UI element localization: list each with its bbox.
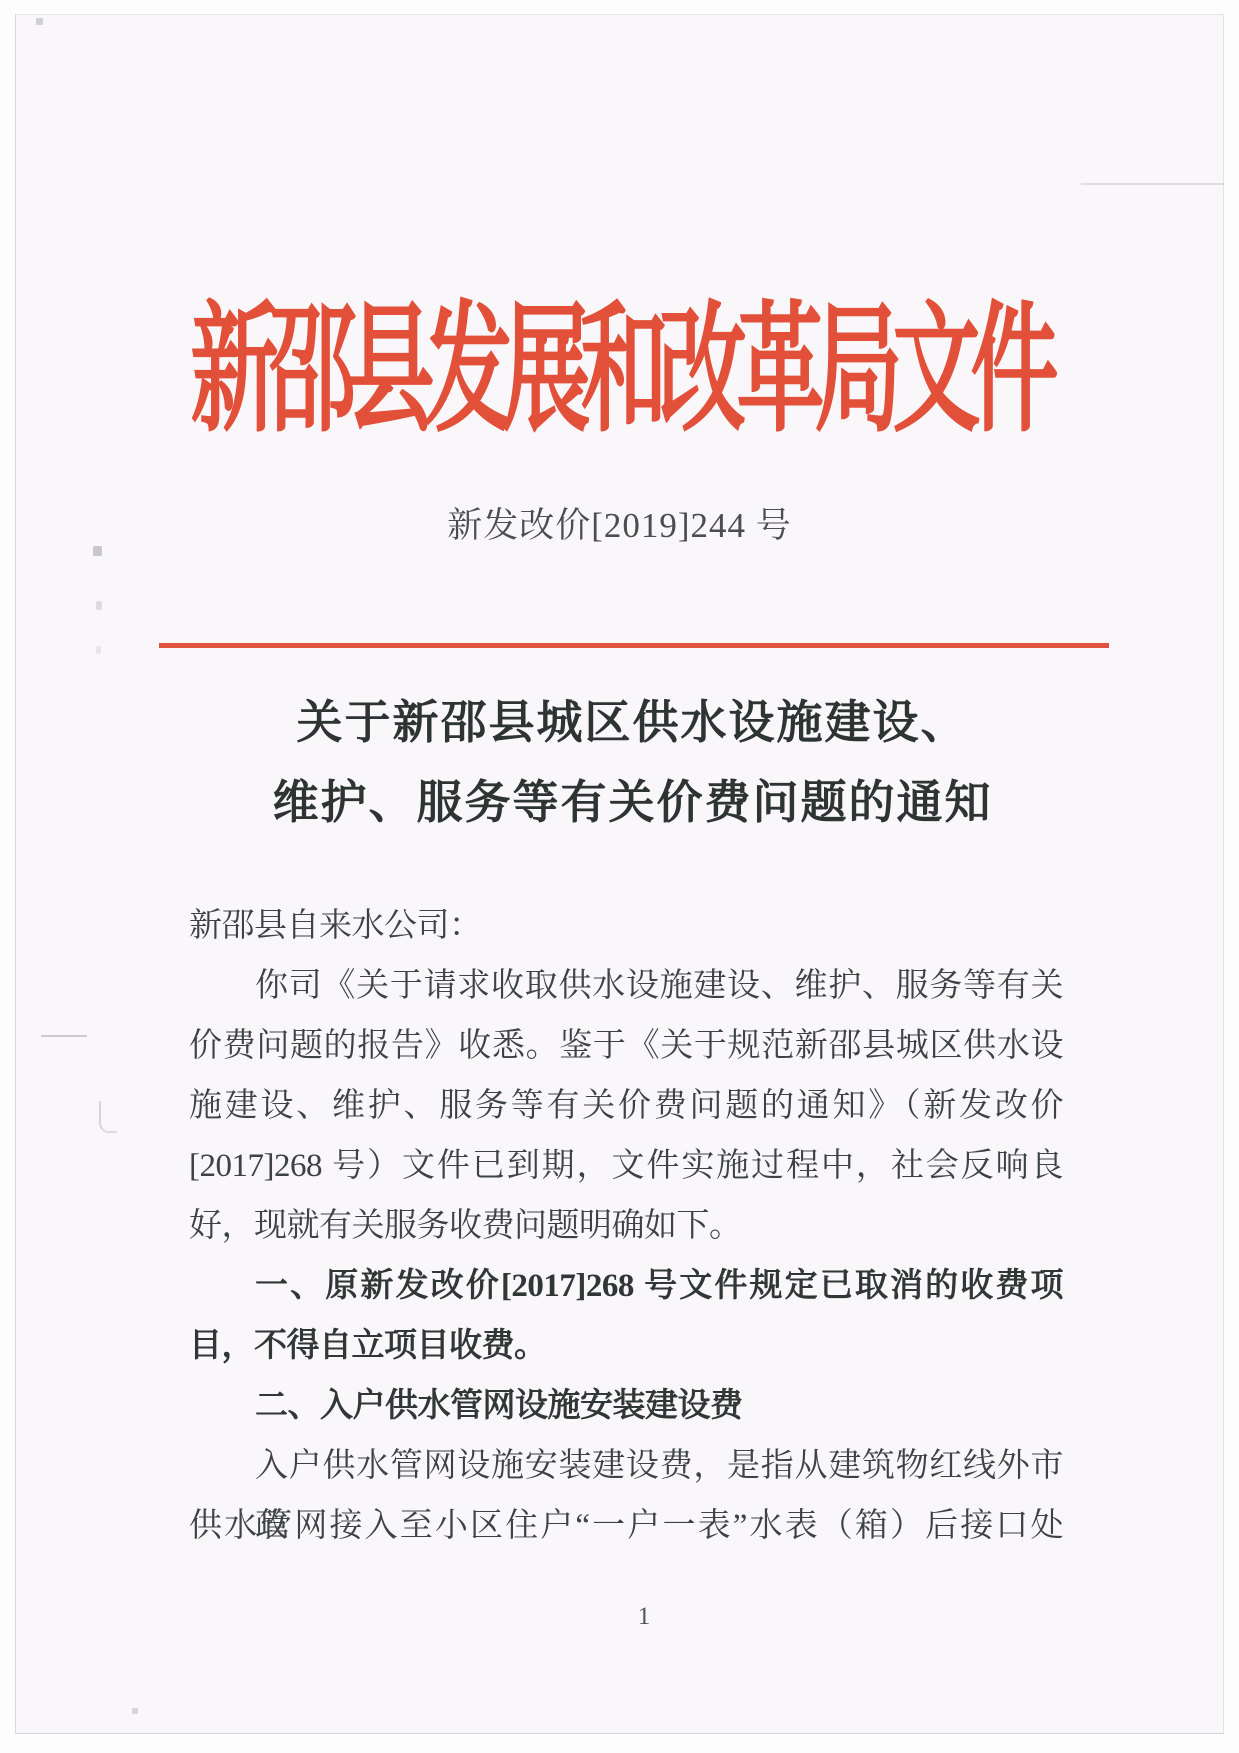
body-text-line: 价费问题的报告》收悉。鉴于《关于规范新邵县城区供水设 [189, 1016, 1063, 1076]
body-text-line: 你司《关于请求收取供水设施建设、维护、服务等有关 [189, 956, 1063, 1016]
body-text-line: 一、原新发改价[2017]268 号文件规定已取消的收费项 [189, 1256, 1063, 1316]
scan-artifact [132, 1708, 138, 1714]
body-text-line: 供水管网接入至小区住户“一户一表”水表（箱）后接口处 [189, 1496, 1063, 1556]
body-text-line: 目，不得自立项目收费。 [189, 1316, 1063, 1376]
document-body: 新邵县自来水公司： 你司《关于请求收取供水设施建设、维护、服务等有关 价费问题的… [189, 896, 1063, 1556]
scan-artifact [99, 1101, 117, 1133]
page-crease [1081, 183, 1224, 185]
red-divider-line [159, 643, 1109, 648]
body-text-line: [2017]268 号）文件已到期，文件实施过程中，社会反响良 [189, 1136, 1063, 1196]
scan-backdrop: 新邵县发展和改革局文件 新发改价[2019]244 号 关于新邵县城区供水设施建… [0, 0, 1239, 1753]
document-number: 新发改价[2019]244 号 [16, 504, 1223, 548]
scan-artifact [41, 1035, 87, 1037]
document-title: 关于新邵县城区供水设施建设、 维护、服务等有关价费问题的通知 [29, 683, 1236, 843]
document-title-line-1: 关于新邵县城区供水设施建设、 [29, 683, 1236, 763]
page-number: 1 [614, 1603, 674, 1631]
body-text-line: 入户供水管网设施安装建设费，是指从建筑物红线外市政 [189, 1436, 1063, 1496]
agency-letterhead-title: 新邵县发展和改革局文件 [16, 303, 1223, 444]
body-text-line: 施建设、维护、服务等有关价费问题的通知》（新发改价 [189, 1076, 1063, 1136]
body-text-line: 新邵县自来水公司： [189, 896, 1063, 956]
document-title-line-2: 维护、服务等有关价费问题的通知 [29, 763, 1236, 843]
body-text-line: 好，现就有关服务收费问题明确如下。 [189, 1196, 1063, 1256]
scanned-page: 新邵县发展和改革局文件 新发改价[2019]244 号 关于新邵县城区供水设施建… [15, 14, 1224, 1734]
scan-artifact [96, 646, 101, 654]
body-text-line: 二、入户供水管网设施安装建设费 [189, 1376, 1063, 1436]
scan-artifact [36, 18, 43, 25]
scan-artifact [96, 601, 102, 610]
